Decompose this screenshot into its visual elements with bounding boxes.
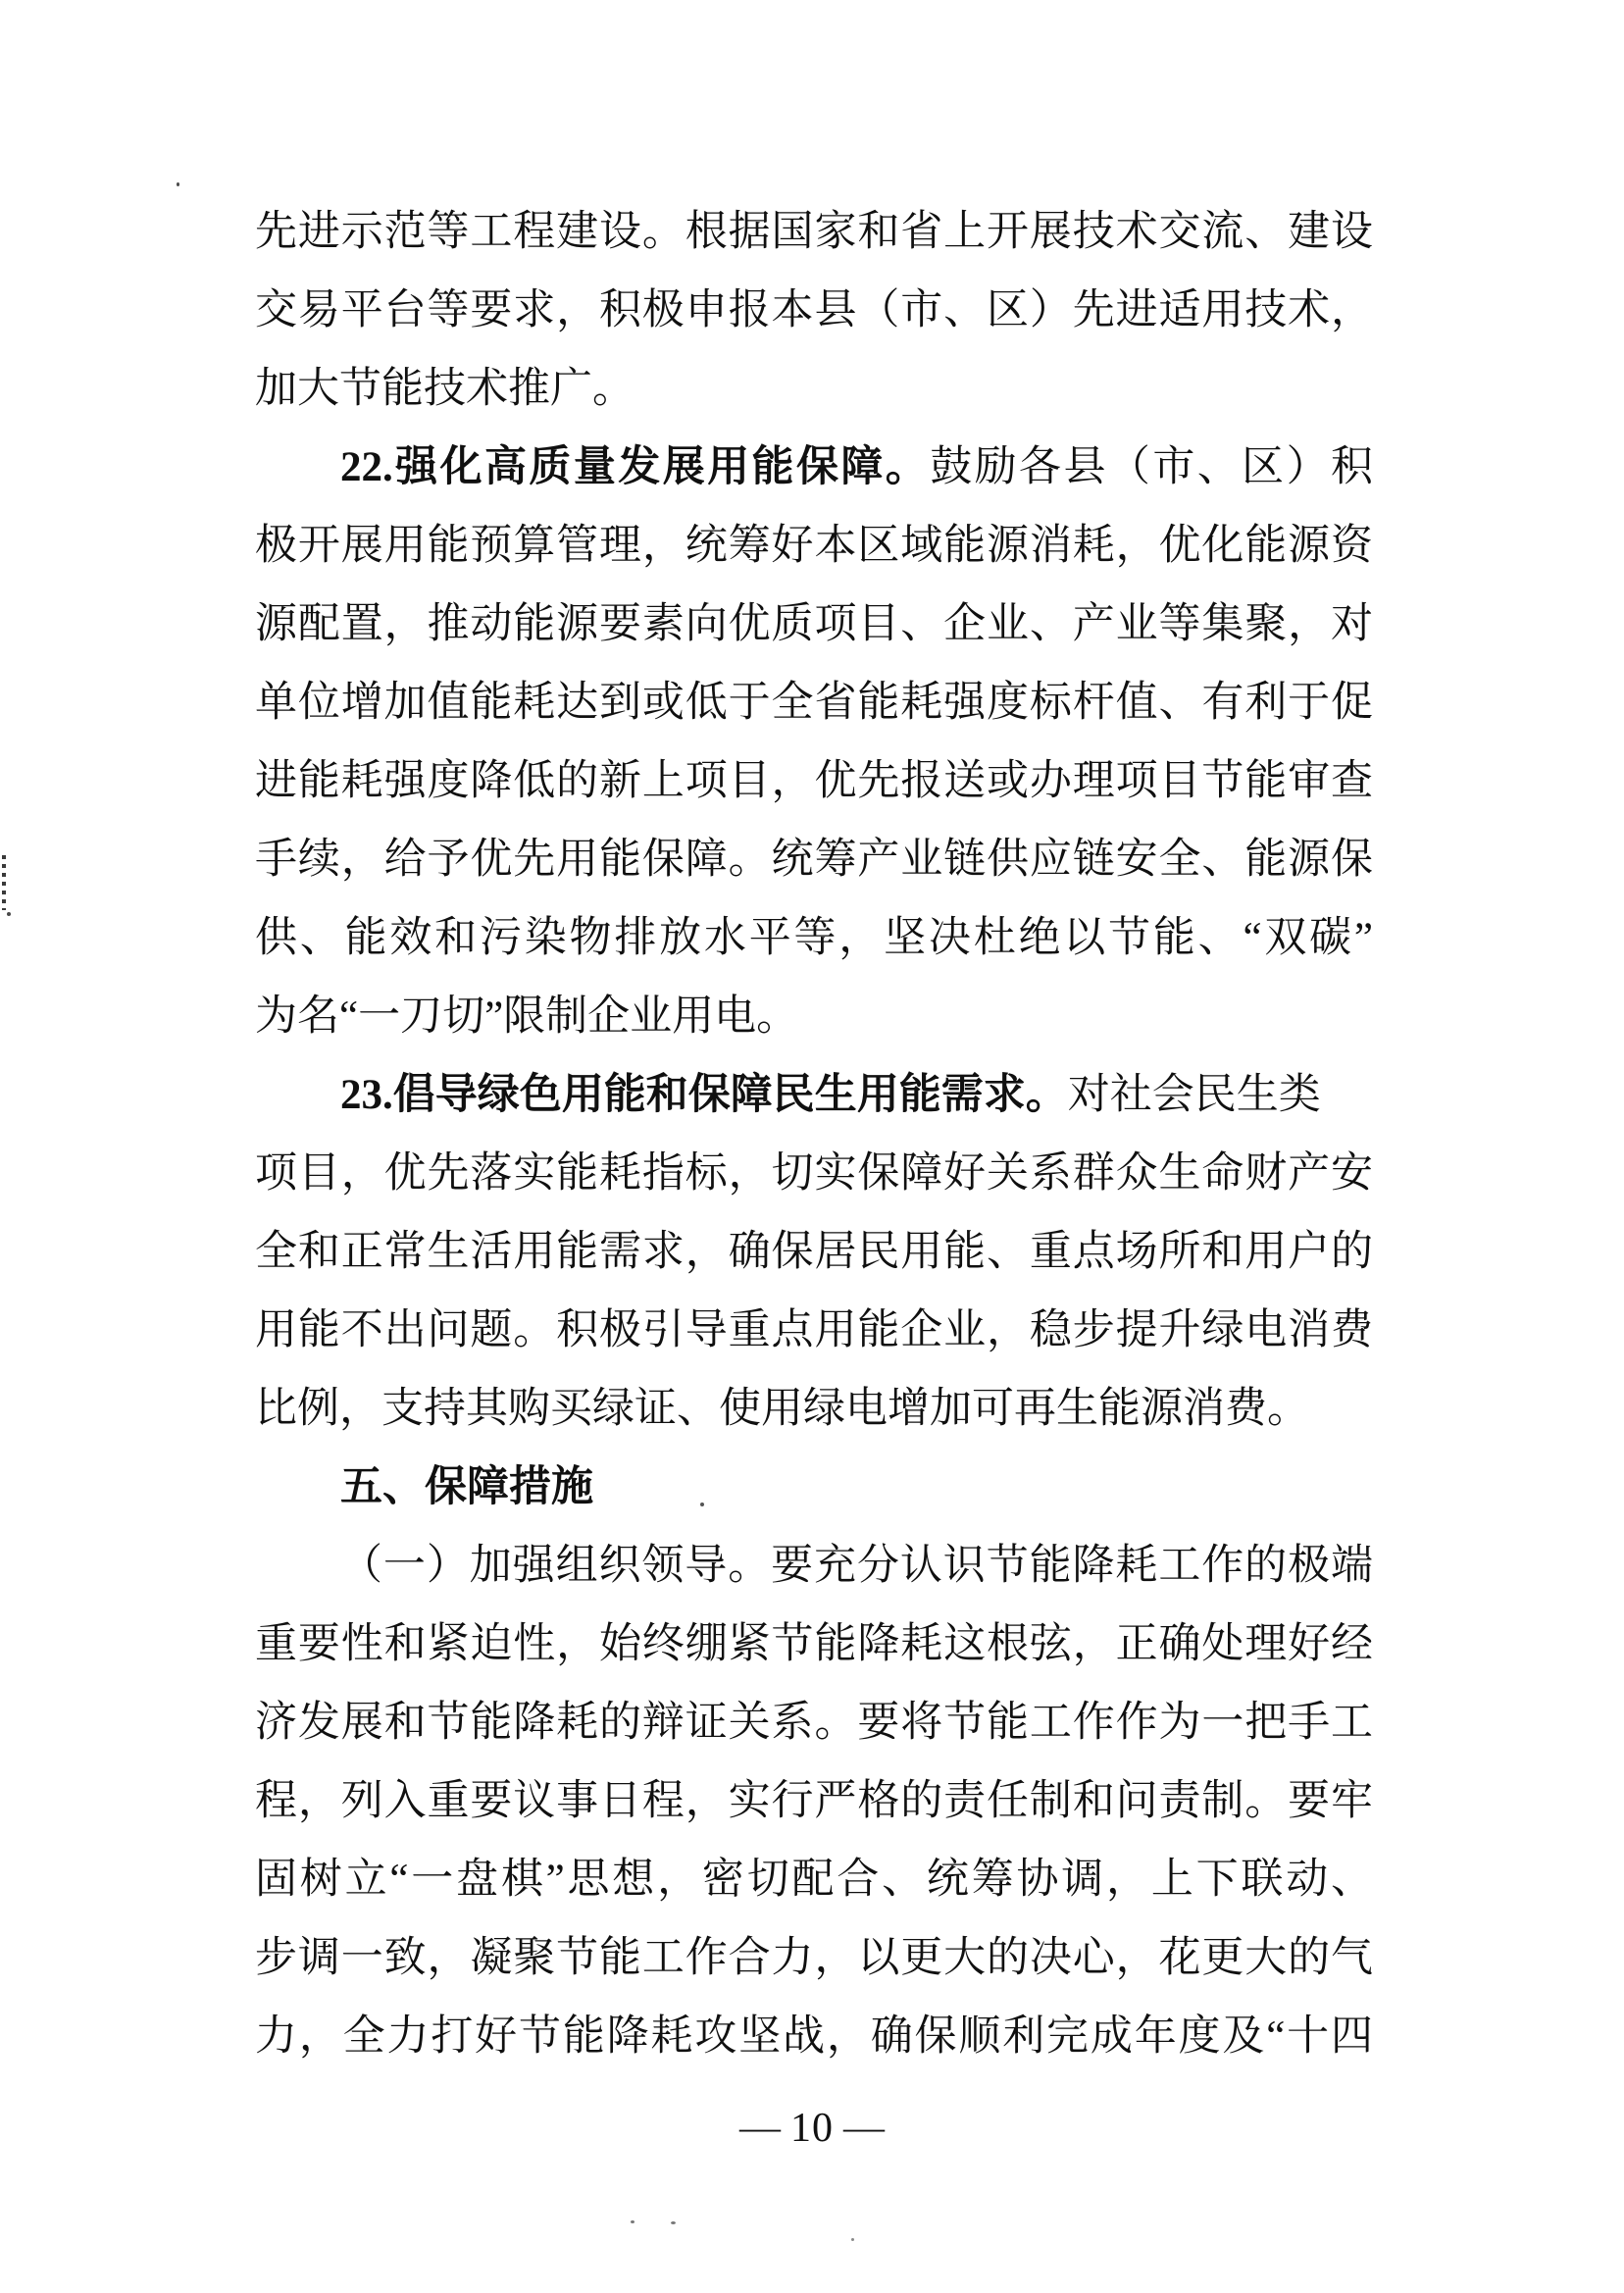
text-line-13: 项目，优先落实能耗指标，切实保障好关系群众生命财产安: [255, 1135, 1373, 1213]
scan-artifact-dotted-line: [2, 855, 6, 910]
body-text: 手续，给予优先用能保障。统筹产业链供应链安全、能源保: [255, 837, 1373, 883]
body-text: 济发展和节能降耗的辩证关系。要将节能工作作为一把手工: [255, 1700, 1373, 1746]
heading-text: 23.倡导绿色用能和保障民生用能需求。: [340, 1072, 1068, 1118]
body-text: 先进示范等工程建设。根据国家和省上开展技术交流、建设: [255, 209, 1373, 255]
body-text: 程，列入重要议事日程，实行严格的责任制和问责制。要牢: [255, 1778, 1373, 1824]
footer-dash-right: —: [843, 2107, 885, 2149]
body-text: 全和正常生活用能需求，确保居民用能、重点场所和用户的: [255, 1229, 1373, 1275]
text-line-23: 步调一致，凝聚节能工作合力，以更大的决心，花更大的气: [255, 1919, 1373, 1998]
body-text: 鼓励各县（市、区）积: [930, 444, 1373, 490]
text-line-19: 重要性和紧迫性，始终绷紧节能降耗这根弦，正确处理好经: [255, 1605, 1373, 1684]
text-line-4: 22.强化高质量发展用能保障。鼓励各县（市、区）积: [255, 429, 1373, 507]
text-line-2: 交易平台等要求，积极申报本县（市、区）先进适用技术，: [255, 272, 1373, 350]
text-line-24: 力，全力打好节能降耗攻坚战，确保顺利完成年度及“十四: [255, 1998, 1373, 2076]
page-number: 10: [790, 2105, 834, 2152]
body-text: 重要性和紧迫性，始终绷紧节能降耗这根弦，正确处理好经: [255, 1621, 1373, 1667]
body-text: 比例，支持其购买绿证、使用绿电增加可再生能源消费。: [255, 1386, 1309, 1432]
text-line-22: 固树立“一盘棋”思想，密切配合、统筹协调，上下联动、: [255, 1841, 1373, 1919]
scan-artifact-speck: [7, 912, 11, 916]
document-body: 先进示范等工程建设。根据国家和省上开展技术交流、建设交易平台等要求，积极申报本县…: [255, 193, 1373, 2076]
text-line-14: 全和正常生活用能需求，确保居民用能、重点场所和用户的: [255, 1213, 1373, 1292]
body-text: 为名“一刀切”限制企业用电。: [255, 994, 798, 1040]
body-text: 加大节能技术推广。: [255, 366, 634, 412]
scan-artifact-speck: [177, 182, 179, 186]
scan-artifact-speck: [700, 1503, 704, 1506]
body-text: 单位增加值能耗达到或低于全省能耗强度标杆值、有利于促: [255, 680, 1373, 726]
body-text: 交易平台等要求，积极申报本县（市、区）先进适用技术，: [255, 287, 1373, 333]
body-text: 源配置，推动能源要素向优质项目、企业、产业等集聚，对: [255, 601, 1373, 647]
body-text: 项目，优先落实能耗指标，切实保障好关系群众生命财产安: [255, 1150, 1373, 1197]
text-line-5: 极开展用能预算管理，统筹好本区域能源消耗，优化能源资: [255, 507, 1373, 586]
text-line-1: 先进示范等工程建设。根据国家和省上开展技术交流、建设: [255, 193, 1373, 272]
text-line-16: 比例，支持其购买绿证、使用绿电增加可再生能源消费。: [255, 1370, 1373, 1449]
body-text: 极开展用能预算管理，统筹好本区域能源消耗，优化能源资: [255, 523, 1373, 569]
text-line-21: 程，列入重要议事日程，实行严格的责任制和问责制。要牢: [255, 1762, 1373, 1841]
scan-artifact-speck: [631, 2220, 634, 2223]
text-line-18: （一）加强组织领导。要充分认识节能降耗工作的极端: [255, 1527, 1373, 1605]
text-line-7: 单位增加值能耗达到或低于全省能耗强度标杆值、有利于促: [255, 664, 1373, 742]
body-text: 力，全力打好节能降耗攻坚战，确保顺利完成年度及“十四: [255, 2013, 1373, 2060]
text-line-11: 为名“一刀切”限制企业用电。: [255, 978, 1373, 1056]
body-text: 步调一致，凝聚节能工作合力，以更大的决心，花更大的气: [255, 1935, 1373, 1981]
document-page: 先进示范等工程建设。根据国家和省上开展技术交流、建设交易平台等要求，积极申报本县…: [0, 0, 1624, 2293]
body-text: 进能耗强度降低的新上项目，优先报送或办理项目节能审查: [255, 758, 1373, 804]
text-line-6: 源配置，推动能源要素向优质项目、企业、产业等集聚，对: [255, 586, 1373, 664]
text-line-15: 用能不出问题。积极引导重点用能企业，稳步提升绿电消费: [255, 1292, 1373, 1370]
text-line-9: 手续，给予优先用能保障。统筹产业链供应链安全、能源保: [255, 821, 1373, 899]
body-text: 固树立“一盘棋”思想，密切配合、统筹协调，上下联动、: [255, 1857, 1373, 1903]
text-line-17: 五、保障措施: [255, 1449, 1373, 1527]
text-line-10: 供、能效和污染物排放水平等，坚决杜绝以节能、“双碳”: [255, 899, 1373, 978]
text-line-8: 进能耗强度降低的新上项目，优先报送或办理项目节能审查: [255, 742, 1373, 821]
heading-text: 22.强化高质量发展用能保障。: [340, 444, 930, 490]
body-text: （一）加强组织领导。要充分认识节能降耗工作的极端: [340, 1543, 1373, 1589]
heading-text: 五、保障措施: [340, 1464, 593, 1510]
scan-artifact-speck: [671, 2221, 676, 2224]
text-line-3: 加大节能技术推广。: [255, 350, 1373, 429]
text-line-20: 济发展和节能降耗的辩证关系。要将节能工作作为一把手工: [255, 1684, 1373, 1762]
body-text: 供、能效和污染物排放水平等，坚决杜绝以节能、“双碳”: [255, 915, 1373, 961]
footer-dash-left: —: [739, 2107, 781, 2149]
scan-artifact-speck: [851, 2238, 854, 2241]
text-line-12: 23.倡导绿色用能和保障民生用能需求。对社会民生类: [255, 1056, 1373, 1135]
page-footer: — 10 —: [0, 2097, 1624, 2160]
body-text: 用能不出问题。积极引导重点用能企业，稳步提升绿电消费: [255, 1307, 1373, 1353]
body-text: 对社会民生类: [1068, 1072, 1321, 1118]
